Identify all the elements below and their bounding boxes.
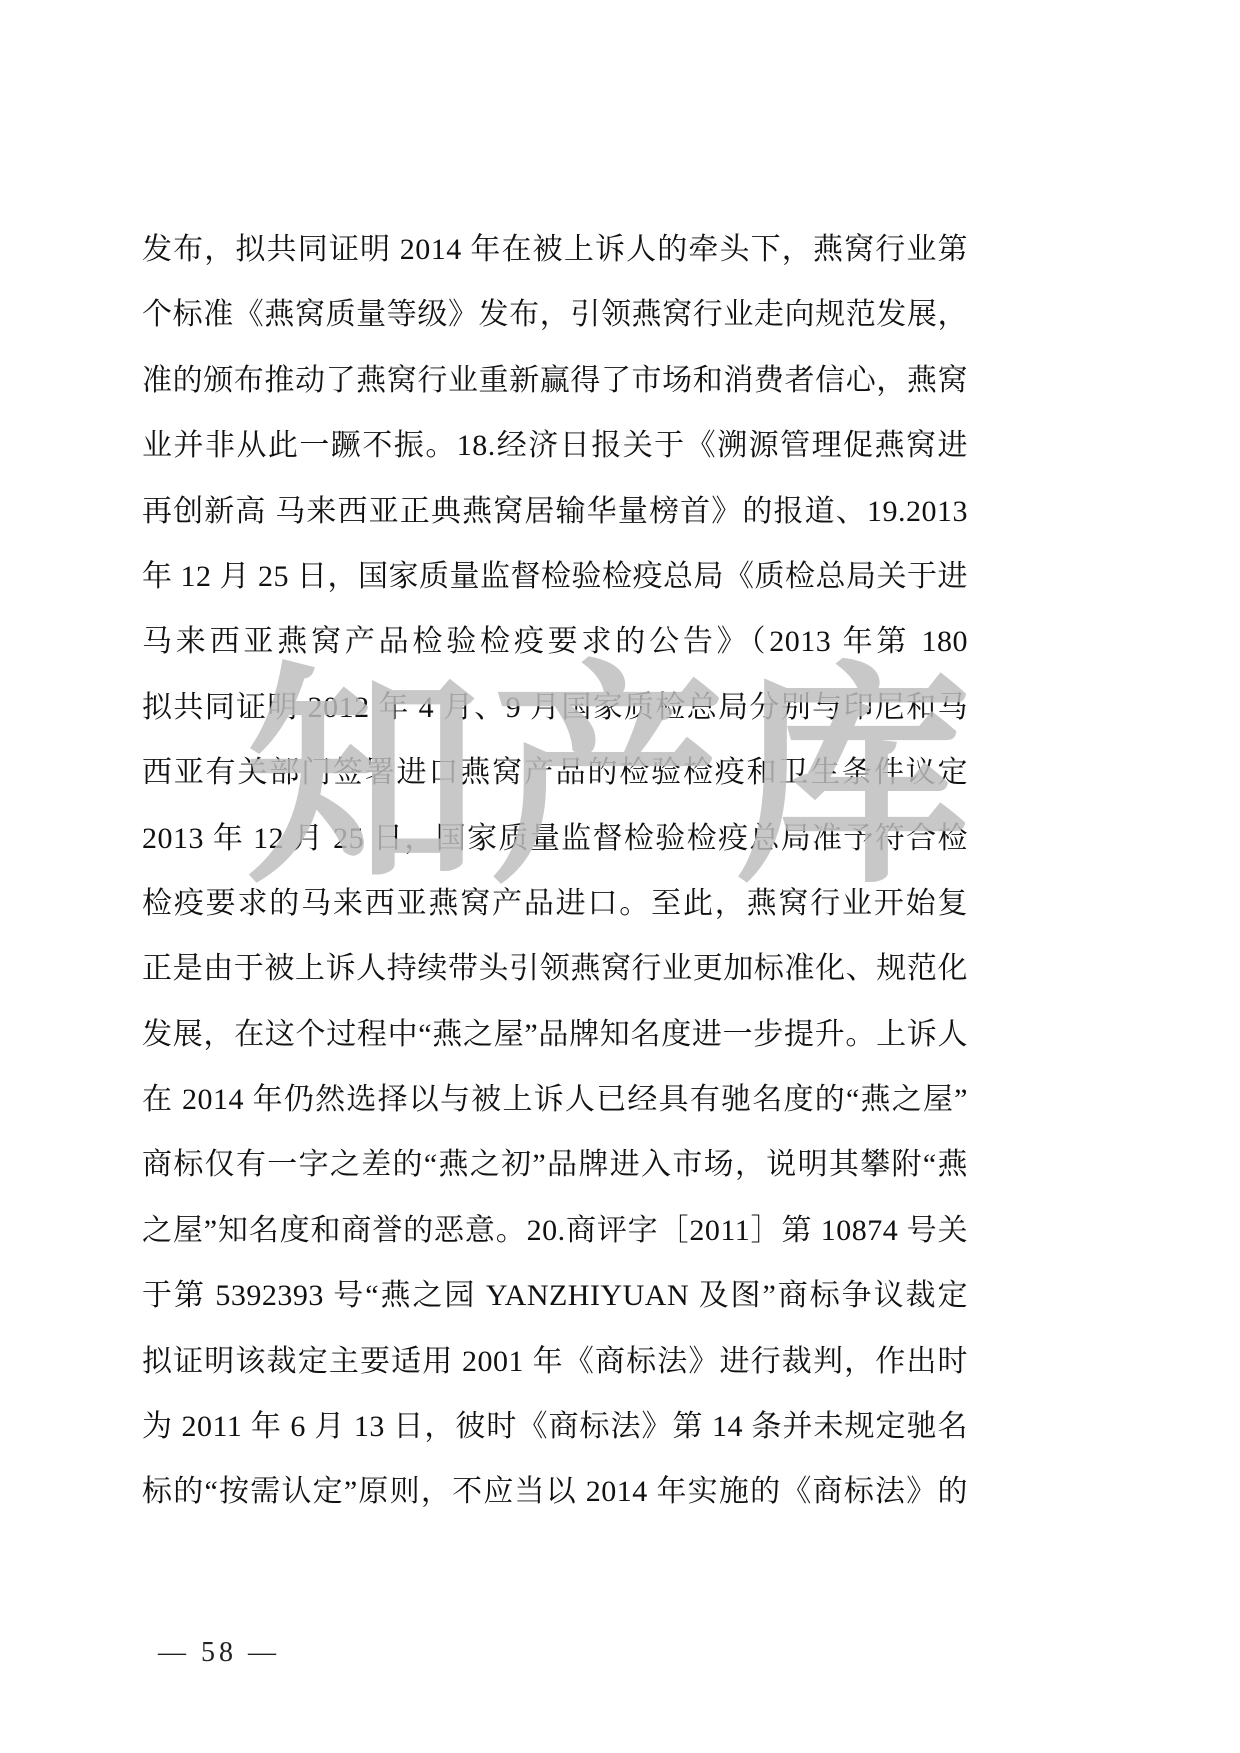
- text-line: 正是由于被上诉人持续带头引领燕窝行业更加标准化、规范化的: [142, 936, 968, 1001]
- text-line: 准的颁布推动了燕窝行业重新赢得了市场和消费者信心，燕窝行: [142, 348, 968, 413]
- text-line: 年 12 月 25 日，国家质量监督检验检疫总局《质检总局关于进口: [142, 544, 968, 609]
- page-number: — 58 —: [158, 1633, 280, 1673]
- text-line: 为 2011 年 6 月 13 日，彼时《商标法》第 14 条并未规定驰名商: [142, 1394, 968, 1459]
- text-line: 2013 年 12 月 25 日，国家质量监督检验检疫总局准予符合检验: [142, 806, 968, 871]
- text-line: 马来西亚燕窝产品检验检疫要求的公告》（2013 年第 180 号），: [142, 609, 968, 674]
- text-line: 再创新高 马来西亚正典燕窝居输华量榜首》的报道、19.2013: [142, 479, 968, 544]
- text-line: 在 2014 年仍然选择以与被上诉人已经具有驰名度的“燕之屋”: [142, 1067, 968, 1132]
- text-line: 之屋”知名度和商誉的恶意。20.商评字［2011］第 10874 号关: [142, 1198, 968, 1263]
- text-line: 个标准《燕窝质量等级》发布，引领燕窝行业走向规范发展，标: [142, 282, 968, 347]
- text-line: 标的“按需认定”原则，不应当以 2014 年实施的《商标法》的: [142, 1459, 968, 1524]
- text-line: 拟共同证明 2012 年 4 月、9 月国家质检总局分别与印尼和马来: [142, 675, 968, 740]
- paragraph-block: 发布，拟共同证明 2014 年在被上诉人的牵头下，燕窝行业第一 个标准《燕窝质量…: [142, 217, 968, 1525]
- text-line: 检疫要求的马来西亚燕窝产品进口。至此，燕窝行业开始复苏。: [142, 871, 968, 936]
- text-line: 西亚有关部门签署进口燕窝产品的检验检疫和卫生条件议定书。: [142, 740, 968, 805]
- text-line: 业并非从此一蹶不振。18.经济日报关于《溯源管理促燕窝进口: [142, 413, 968, 478]
- text-line: 拟证明该裁定主要适用 2001 年《商标法》进行裁判，作出时间: [142, 1329, 968, 1394]
- document-page: 发布，拟共同证明 2014 年在被上诉人的牵头下，燕窝行业第一 个标准《燕窝质量…: [0, 0, 1240, 1753]
- text-line: 发展，在这个过程中“燕之屋”品牌知名度进一步提升。上诉人: [142, 1002, 968, 1067]
- text-line: 于第 5392393 号“燕之园 YANZHIYUAN 及图”商标争议裁定书，: [142, 1263, 968, 1328]
- text-line: 商标仅有一字之差的“燕之初”品牌进入市场，说明其攀附“燕: [142, 1132, 968, 1197]
- text-line: 发布，拟共同证明 2014 年在被上诉人的牵头下，燕窝行业第一: [142, 217, 968, 282]
